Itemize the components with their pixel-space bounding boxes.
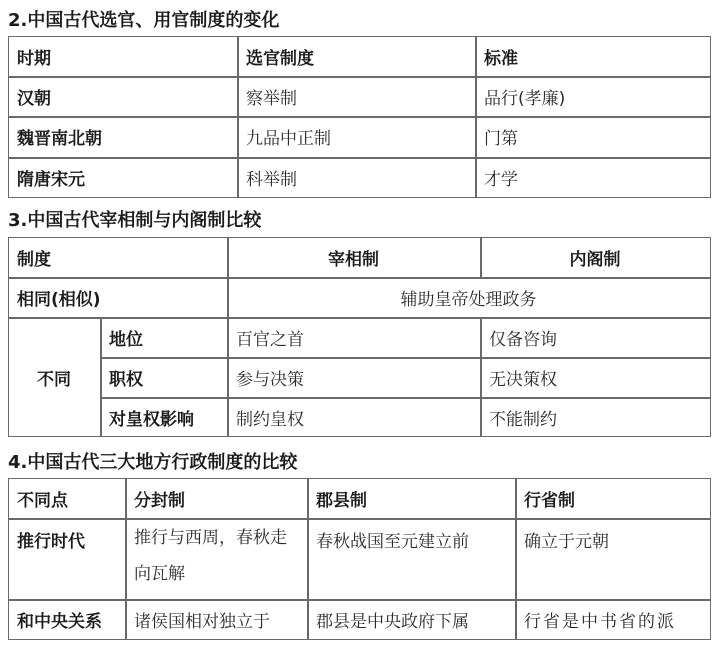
row-period: 魏晋南北朝 (8, 116, 237, 157)
row-system: 科举制 (237, 157, 475, 197)
row-label-era: 推行时代 (8, 518, 125, 599)
same-label: 相同(相似) (8, 277, 227, 317)
province-relation: 行省是中书省的派 (515, 599, 710, 639)
cabinet-value: 仅备咨询 (480, 317, 710, 357)
row-standard: 才学 (475, 157, 710, 197)
aspect-label: 地位 (100, 317, 227, 357)
header-enfeoffment: 分封制 (125, 478, 307, 518)
enfeoffment-era-text: 推行与西周，春秋走向瓦解 (134, 520, 301, 592)
province-era: 确立于元朝 (515, 518, 710, 599)
chancellor-value: 百官之首 (227, 317, 480, 357)
header-chancellor: 宰相制 (227, 237, 480, 277)
section-2-title: 2.中国古代选官、用官制度的变化 (8, 6, 279, 32)
header-standard: 标准 (475, 36, 710, 76)
row-system: 察举制 (237, 76, 475, 116)
row-standard: 品行(孝廉) (475, 76, 710, 116)
prefecture-relation: 郡县是中央政府下属 (307, 599, 515, 639)
header-period: 时期 (8, 36, 237, 76)
row-period: 汉朝 (8, 76, 237, 116)
row-system: 九品中正制 (237, 116, 475, 157)
prefecture-era: 春秋战国至元建立前 (307, 518, 515, 599)
header-difference: 不同点 (8, 478, 125, 518)
same-value: 辅助皇帝处理政务 (227, 277, 710, 317)
diff-label: 不同 (8, 317, 100, 437)
section-3-title: 3.中国古代宰相制与内阁制比较 (8, 206, 261, 232)
row-label-relation: 和中央关系 (8, 599, 125, 639)
chancellor-value: 参与决策 (227, 357, 480, 397)
enfeoffment-relation: 诸侯国相对独立于 (125, 599, 307, 639)
row-standard: 门第 (475, 116, 710, 157)
row-period: 隋唐宋元 (8, 157, 237, 197)
aspect-label: 对皇权影响 (100, 397, 227, 437)
header-prefecture: 郡县制 (307, 478, 515, 518)
header-cabinet: 内阁制 (480, 237, 710, 277)
section-4-title: 4.中国古代三大地方行政制度的比较 (8, 448, 297, 474)
chancellor-value: 制约皇权 (227, 397, 480, 437)
aspect-label: 职权 (100, 357, 227, 397)
header-selection-system: 选官制度 (237, 36, 475, 76)
cabinet-value: 不能制约 (480, 397, 710, 437)
header-system: 制度 (8, 237, 227, 277)
cabinet-value: 无决策权 (480, 357, 710, 397)
enfeoffment-era: 推行与西周，春秋走向瓦解 (125, 518, 307, 599)
header-province: 行省制 (515, 478, 710, 518)
